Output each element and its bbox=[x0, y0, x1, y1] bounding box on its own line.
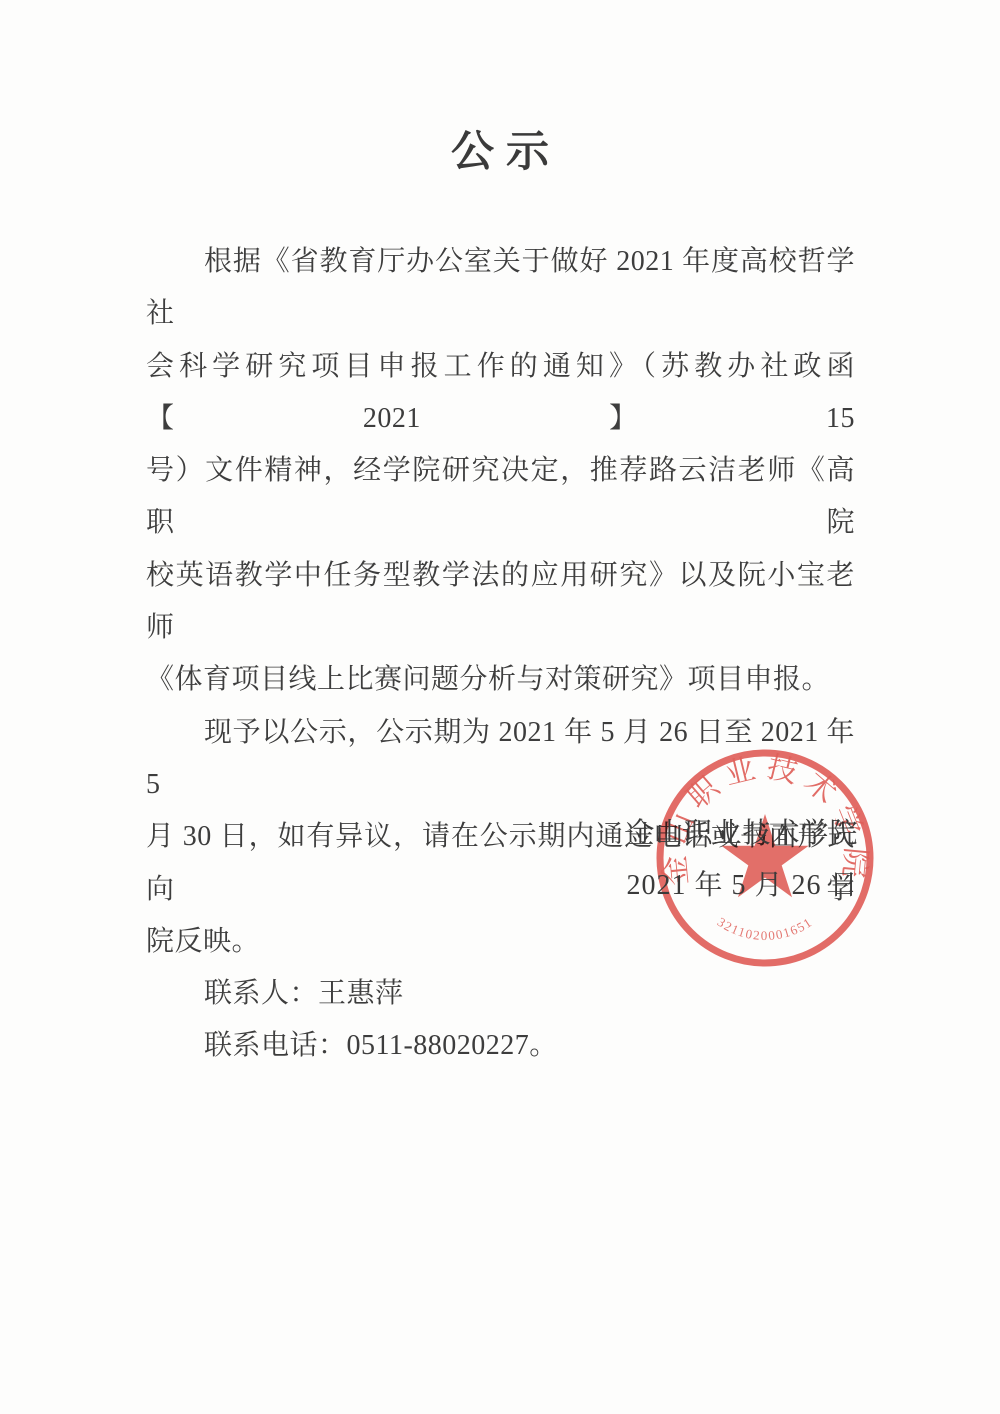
body-line: 根据《省教育厅办公室关于做好 2021 年度高校哲学社 bbox=[146, 236, 855, 341]
document-page: 公示 根据《省教育厅办公室关于做好 2021 年度高校哲学社 会科学研究项目申报… bbox=[0, 0, 1000, 1414]
body-line: 校英语教学中任务型教学法的应用研究》以及阮小宝老师 bbox=[146, 550, 855, 655]
signature-date: 2021 年 5 月 26 日 bbox=[610, 869, 875, 903]
body-line: 号）文件精神，经学院研究决定，推荐路云洁老师《高职院 bbox=[146, 445, 855, 550]
body-line: 《体育项目线上比赛问题分析与对策研究》项目申报。 bbox=[146, 654, 855, 706]
signature-block: 金山职业技术学院 2021 年 5 月 26 日 bbox=[610, 817, 875, 903]
body-line: 会科学研究项目申报工作的通知》（苏教办社政函【2021】15 bbox=[146, 341, 855, 446]
page-title: 公示 bbox=[0, 118, 1000, 179]
contact-phone-line: 联系电话：0511-88020227。 bbox=[146, 1020, 855, 1072]
seal-serial-number: 3211020001651 bbox=[715, 914, 816, 943]
signature-institution: 金山职业技术学院 bbox=[610, 817, 875, 851]
